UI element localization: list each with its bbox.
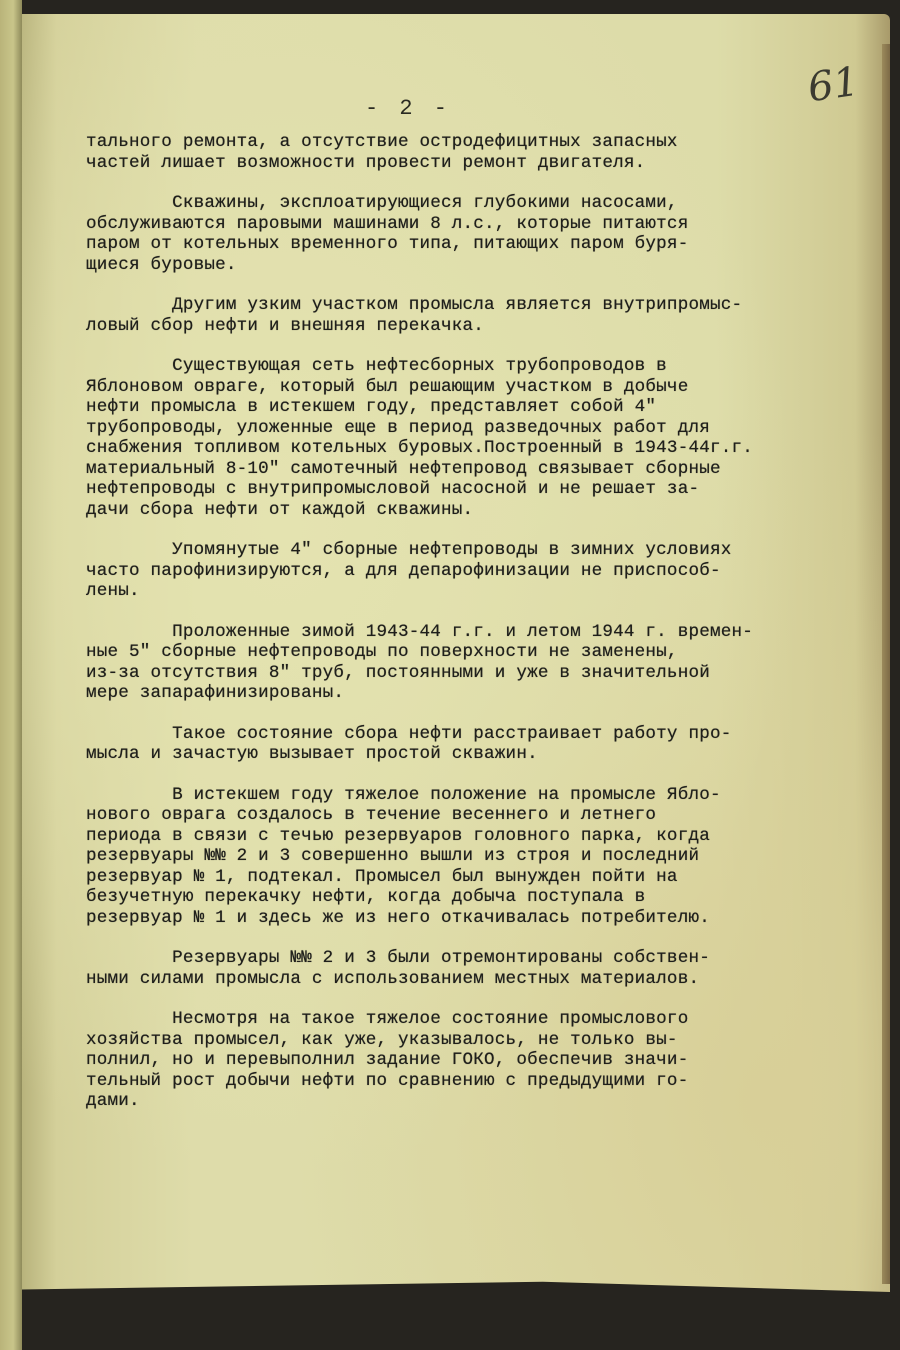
text-line: нефти промысла в истекшем году, представ… [86, 397, 886, 418]
text-line: лены. [86, 581, 886, 602]
text-line: мысла и зачастую вызывает простой скважи… [86, 744, 886, 765]
text-line: из-за отсутствия 8" труб, постоянными и … [86, 663, 886, 684]
text-line: дачи сбора нефти от каждой скважины. [86, 500, 886, 521]
paragraph: Скважины, эксплоатирующиеся глубокими на… [86, 193, 886, 275]
text-line: Скважины, эксплоатирующиеся глубокими на… [86, 193, 886, 214]
text-line: резервуары №№ 2 и 3 совершенно вышли из … [86, 846, 886, 867]
text-line: Яблоновом овраге, который был решающим у… [86, 377, 886, 398]
text-line: щиеся буровые. [86, 255, 886, 276]
text-line: тельный рост добычи нефти по сравнению с… [86, 1071, 886, 1092]
text-line: ловый сбор нефти и внешняя перекачка. [86, 316, 886, 337]
text-line: Несмотря на такое тяжелое состояние пром… [86, 1009, 886, 1030]
paragraph: Другим узким участком промысла является … [86, 295, 886, 336]
text-line: В истекшем году тяжелое положение на про… [86, 785, 886, 806]
text-line: резервуар № 1, подтекал. Промысел был вы… [86, 867, 886, 888]
text-line: ными силами промысла с использованием ме… [86, 969, 886, 990]
text-line: периода в связи с течью резервуаров голо… [86, 826, 886, 847]
text-line: дами. [86, 1091, 886, 1112]
handwritten-folio-number: 61 [805, 59, 862, 112]
text-line: частей лишает возможности провести ремон… [86, 153, 886, 174]
text-line: нового оврага создалось в течение весенн… [86, 805, 886, 826]
typewritten-body: тального ремонта, а отсутствие остродефи… [86, 132, 886, 1132]
paragraph: Существующая сеть нефтесборных трубопров… [86, 356, 886, 520]
text-line: Существующая сеть нефтесборных трубопров… [86, 356, 886, 377]
text-line: Такое состояние сбора нефти расстраивает… [86, 724, 886, 745]
page-number: - 2 - [365, 96, 451, 121]
text-line: безучетную перекачку нефти, когда добыча… [86, 887, 886, 908]
text-line: обслуживаются паровыми машинами 8 л.с., … [86, 214, 886, 235]
paragraph: В истекшем году тяжелое положение на про… [86, 785, 886, 929]
text-line: нефтепроводы с внутрипромысловой насосно… [86, 479, 886, 500]
text-line: Резервуары №№ 2 и 3 были отремонтированы… [86, 948, 886, 969]
text-line: полнил, но и перевыполнил задание ГОКО, … [86, 1050, 886, 1071]
paragraph: Упомянутые 4" сборные нефтепроводы в зим… [86, 540, 886, 602]
text-line: материальный 8-10" самотечный нефтепрово… [86, 459, 886, 480]
text-line: Другим узким участком промысла является … [86, 295, 886, 316]
adjacent-page-edge [0, 0, 22, 1350]
paragraph: Резервуары №№ 2 и 3 были отремонтированы… [86, 948, 886, 989]
text-line: хозяйства промысел, как уже, указывалось… [86, 1030, 886, 1051]
paragraph: тального ремонта, а отсутствие остродефи… [86, 132, 886, 173]
paragraph: Несмотря на такое тяжелое состояние пром… [86, 1009, 886, 1112]
text-line: снабжения топливом котельных буровых.Пос… [86, 438, 886, 459]
text-line: резервуар № 1 и здесь же из него откачив… [86, 908, 886, 929]
text-line: Проложенные зимой 1943-44 г.г. и летом 1… [86, 622, 886, 643]
text-line: мере запарафинизированы. [86, 683, 886, 704]
text-line: часто парофинизируются, а для депарофини… [86, 561, 886, 582]
paragraph: Такое состояние сбора нефти расстраивает… [86, 724, 886, 765]
paragraph: Проложенные зимой 1943-44 г.г. и летом 1… [86, 622, 886, 704]
text-line: паром от котельных временного типа, пита… [86, 234, 886, 255]
text-line: ные 5" сборные нефтепроводы по поверхнос… [86, 642, 886, 663]
text-line: тального ремонта, а отсутствие остродефи… [86, 132, 886, 153]
text-line: Упомянутые 4" сборные нефтепроводы в зим… [86, 540, 886, 561]
text-line: трубопроводы, уложенные еще в период раз… [86, 418, 886, 439]
